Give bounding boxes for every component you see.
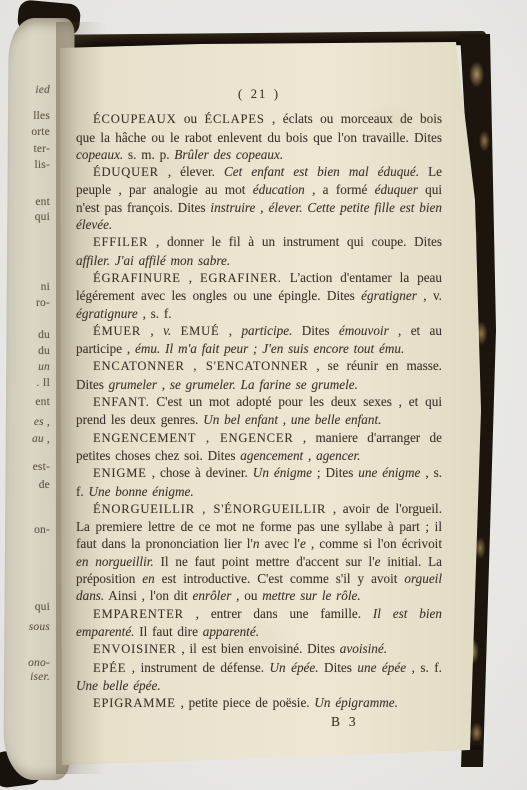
entry: ENIGME , chose à deviner. Un énigme ; Di…	[76, 464, 442, 500]
line-fragment: qui	[0, 601, 50, 614]
entry: ENGENCEMENT , ENGENCER , maniere d'arran…	[76, 429, 442, 465]
line-fragment: ro-	[0, 297, 50, 310]
signature-mark: B 3	[76, 713, 442, 730]
line-fragment: du	[0, 329, 50, 342]
entry: ÉNORGUEILLIR , S'ÉNORGUEILLIR , avoir de…	[76, 500, 442, 605]
entry: ENFANT. C'est un mot adopté pour les deu…	[76, 393, 442, 429]
line-fragment: lles	[0, 110, 50, 123]
entry: ENVOISINER , il est bien envoisiné. Dite…	[76, 640, 442, 658]
line-fragment: ni	[0, 281, 50, 294]
line-fragment: du	[0, 345, 50, 358]
line-fragment: . Il	[0, 377, 50, 390]
line-fragment: qui	[0, 211, 50, 224]
line-fragment: de	[0, 479, 50, 492]
facing-page-text-fragments: iedllesorteter-lis-entquiniro-duduun. Il…	[0, 0, 56, 790]
line-fragment: ent	[0, 396, 50, 409]
line-fragment: au ,	[0, 433, 50, 446]
entry: EPÉE , instrument de défense. Un épée. D…	[76, 659, 442, 695]
entry: ÉMUER , v. EMUÉ , participe. Dites émouv…	[76, 322, 442, 358]
line-fragment: ent	[0, 196, 50, 209]
entry: EFFILER , donner le fil à un instrument …	[76, 233, 442, 269]
line-fragment: sous	[0, 621, 50, 634]
entry: ÉCOUPEAUX ou ÉCLAPES , éclats ou morceau…	[76, 110, 442, 163]
page-number: ( 21 )	[76, 86, 442, 103]
line-fragment: ied	[0, 84, 50, 97]
line-fragment: ono-	[0, 657, 50, 670]
line-fragment: iser.	[0, 671, 50, 684]
line-fragment: on-	[0, 524, 50, 537]
line-fragment: es ,	[0, 416, 50, 429]
entry: ENCATONNER , S'ENCATONNER , se réunir en…	[76, 357, 442, 393]
line-fragment: est-	[0, 461, 50, 474]
line-fragment: ter-	[0, 143, 50, 156]
dictionary-entries: ÉCOUPEAUX ou ÉCLAPES , éclats ou morceau…	[76, 110, 442, 712]
entry: EMPARENTER , entrer dans une famille. Il…	[76, 605, 442, 641]
line-fragment: un	[0, 361, 50, 374]
book-photo: iedllesorteter-lis-entquiniro-duduun. Il…	[0, 0, 527, 790]
line-fragment: orte	[0, 126, 50, 139]
printed-text-block: ( 21 ) ÉCOUPEAUX ou ÉCLAPES , éclats ou …	[76, 86, 442, 731]
entry: ÉDUQUER , élever. Cet enfant est bien ma…	[76, 163, 442, 233]
entry: EPIGRAMME , petite piece de poësie. Un é…	[76, 694, 442, 712]
line-fragment: lis-	[0, 159, 50, 172]
entry: ÉGRAFINURE , EGRAFINER. L'action d'entam…	[76, 269, 442, 322]
